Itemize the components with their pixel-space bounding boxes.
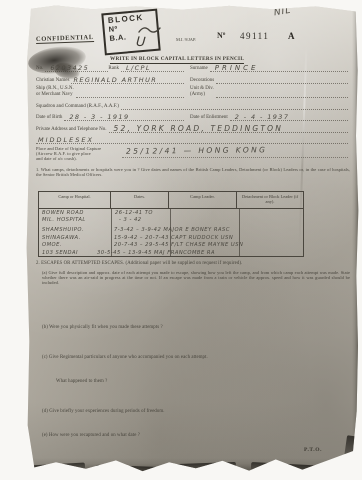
header-dates: Dates. bbox=[111, 192, 169, 208]
dob-label: Date of Birth bbox=[36, 115, 62, 121]
dates-and-leader-entry: 30-5-45 – 13-9-45 MAJ FRANCOMBE RA bbox=[97, 250, 215, 256]
table-column-divider bbox=[239, 209, 240, 256]
unit-div-label: Unit & Div.(Army) bbox=[190, 86, 214, 98]
ship-field bbox=[76, 89, 184, 98]
question-2e-text: (e) How were you recaptured and on what … bbox=[42, 433, 342, 439]
address-value: 52, YORK ROAD, TEDDINGTON bbox=[114, 124, 284, 133]
rank-label: Rank bbox=[108, 66, 119, 72]
enlistment-field: 2 - 4 - 1937 bbox=[230, 112, 348, 121]
row-date-of-enlistment: Date of Enlistment 2 - 4 - 1937 bbox=[190, 112, 348, 121]
unit-div-field bbox=[216, 89, 348, 98]
table-column-divider bbox=[111, 209, 112, 256]
row-ship: Ship (R.N., U.S.N.or Merchant Navy bbox=[36, 86, 184, 98]
row-number-rank: No. 6203425 Rank L/CPL bbox=[36, 63, 184, 72]
dates-and-leader-entry: 15-9-42 – 20-7-43 CAPT RUDDOCK USN bbox=[114, 235, 233, 241]
form-paper-sheet: CONFIDENTIAL BLOCK Nº B.A. U M.I. 9/JAP.… bbox=[26, 5, 359, 472]
question-1-text: 1. What camps, detachments or hospitals … bbox=[36, 167, 350, 177]
row-private-address: Private Address and Telephone No. 52, YO… bbox=[36, 124, 348, 133]
row-address-continued: MIDDLESEX bbox=[36, 135, 348, 144]
camps-table: Camp or Hospital. Dates. Camp Leader. De… bbox=[38, 191, 304, 257]
surname-label: Surname bbox=[190, 66, 208, 72]
decorations-field bbox=[216, 75, 348, 84]
torn-edge-fragment bbox=[96, 465, 166, 473]
question-2d-text: (d) Give briefly your experiences during… bbox=[42, 409, 342, 415]
nil-annotation: NIL bbox=[273, 6, 292, 19]
question-2-heading: 2. ESCAPES OR ATTEMPTED ESCAPES. (Additi… bbox=[36, 261, 350, 267]
dates-entry: - 3 - 42 bbox=[119, 217, 142, 223]
row-surname: Surname PRINCE bbox=[190, 63, 348, 72]
row-squadron: Squadron and Command (R.A.F., A.A.F.) bbox=[36, 101, 348, 110]
serial-no-symbol: Nº bbox=[217, 31, 225, 40]
question-2c-followup-text: What happened to them ? bbox=[56, 379, 336, 385]
scanned-document-screen: CONFIDENTIAL BLOCK Nº B.A. U M.I. 9/JAP.… bbox=[0, 0, 362, 480]
enlistment-label: Date of Enlistment bbox=[190, 115, 228, 121]
address-value-2: MIDDLESEX bbox=[38, 136, 94, 144]
surname-value: PRINCE bbox=[215, 64, 259, 72]
squadron-field bbox=[121, 101, 348, 110]
pto-note: P.T.O. bbox=[304, 447, 322, 453]
address-label: Private Address and Telephone No. bbox=[36, 127, 107, 133]
torn-edge-fragment bbox=[30, 463, 85, 473]
squadron-label: Squadron and Command (R.A.F., A.A.F.) bbox=[36, 104, 119, 110]
ship-label: Ship (R.N., U.S.N.or Merchant Navy bbox=[36, 86, 74, 98]
question-2c-text: (c) Give Regimental particulars of anyon… bbox=[42, 355, 342, 361]
no-label: No. bbox=[36, 66, 43, 72]
rank-field: L/CPL bbox=[121, 63, 184, 72]
capture-label: Place and Date of Original Capture (Airc… bbox=[36, 146, 121, 162]
camps-table-body: BOWEN ROAD MIL. HOSPITAL SHAMSHUIPO. SHI… bbox=[39, 209, 303, 256]
camp-entry: OMOE. bbox=[42, 242, 62, 248]
confidential-stamp: CONFIDENTIAL bbox=[36, 34, 94, 44]
serial-number: 49111 bbox=[240, 31, 269, 41]
row-decorations: Decorations bbox=[190, 75, 348, 84]
torn-edge-right bbox=[352, 5, 359, 472]
christian-names-value: REGINALD ARTHUR bbox=[73, 76, 157, 84]
header-detachment-leader: Detachment or Block Leader (if any). bbox=[237, 192, 303, 208]
dates-and-leader-entry: 7-3-42 – 3-9-42 MAJOR E BONEY RASC bbox=[114, 227, 230, 233]
no-field: 6203425 bbox=[45, 63, 108, 72]
dob-field: 28 - 3 - 1919 bbox=[64, 112, 184, 121]
row-unit-div: Unit & Div.(Army) bbox=[190, 86, 348, 98]
header-camp-leader: Camp Leader. bbox=[169, 192, 237, 208]
pencil-squiggle bbox=[138, 23, 162, 37]
row-christian-names: Christian Names REGINALD ARTHUR bbox=[36, 75, 184, 84]
christian-names-field: REGINALD ARTHUR bbox=[71, 75, 184, 84]
surname-field: PRINCE bbox=[210, 63, 348, 72]
camp-entry: BOWEN ROAD bbox=[42, 210, 84, 216]
camp-entry: MIL. HOSPITAL bbox=[42, 217, 86, 223]
address-field-2: MIDDLESEX bbox=[36, 135, 348, 144]
question-2a-text: (a) Give full description and approx. da… bbox=[42, 270, 350, 286]
no-value: 6203425 bbox=[50, 64, 89, 72]
camp-entry: 103 SENDAI bbox=[42, 250, 78, 256]
serial-suffix: A bbox=[288, 31, 295, 41]
address-field: 52, YORK ROAD, TEDDINGTON bbox=[109, 124, 348, 133]
camp-entry: SHINAGAWA. bbox=[42, 235, 81, 241]
christian-names-label: Christian Names bbox=[36, 78, 69, 84]
torn-edge-fragment bbox=[176, 462, 236, 471]
form-reference-label: M.I. 9/JAP. bbox=[176, 37, 196, 42]
dob-value: 28 - 3 - 1919 bbox=[69, 113, 129, 121]
capture-value: 25/12/41 — HONG KONG bbox=[126, 145, 267, 155]
dates-and-leader-entry: 20-7-43 – 29-5-45 F/LT CHASE MAYNE USN bbox=[114, 242, 243, 248]
question-2b-text: (b) Were you physically fit when you mad… bbox=[42, 325, 342, 331]
enlistment-value: 2 - 4 - 1937 bbox=[235, 113, 290, 121]
row-date-of-birth: Date of Birth 28 - 3 - 1919 bbox=[36, 112, 184, 121]
capture-field-line bbox=[122, 157, 348, 158]
camp-entry: SHAMSHUIPO. bbox=[42, 227, 84, 233]
camps-table-header: Camp or Hospital. Dates. Camp Leader. De… bbox=[39, 192, 303, 209]
dates-entry: 26-12-41 TO bbox=[115, 210, 153, 216]
decorations-label: Decorations bbox=[190, 78, 214, 84]
torn-edge-fragment bbox=[343, 435, 361, 467]
header-camp-or-hospital: Camp or Hospital. bbox=[39, 192, 111, 208]
rank-value: L/CPL bbox=[126, 64, 151, 72]
